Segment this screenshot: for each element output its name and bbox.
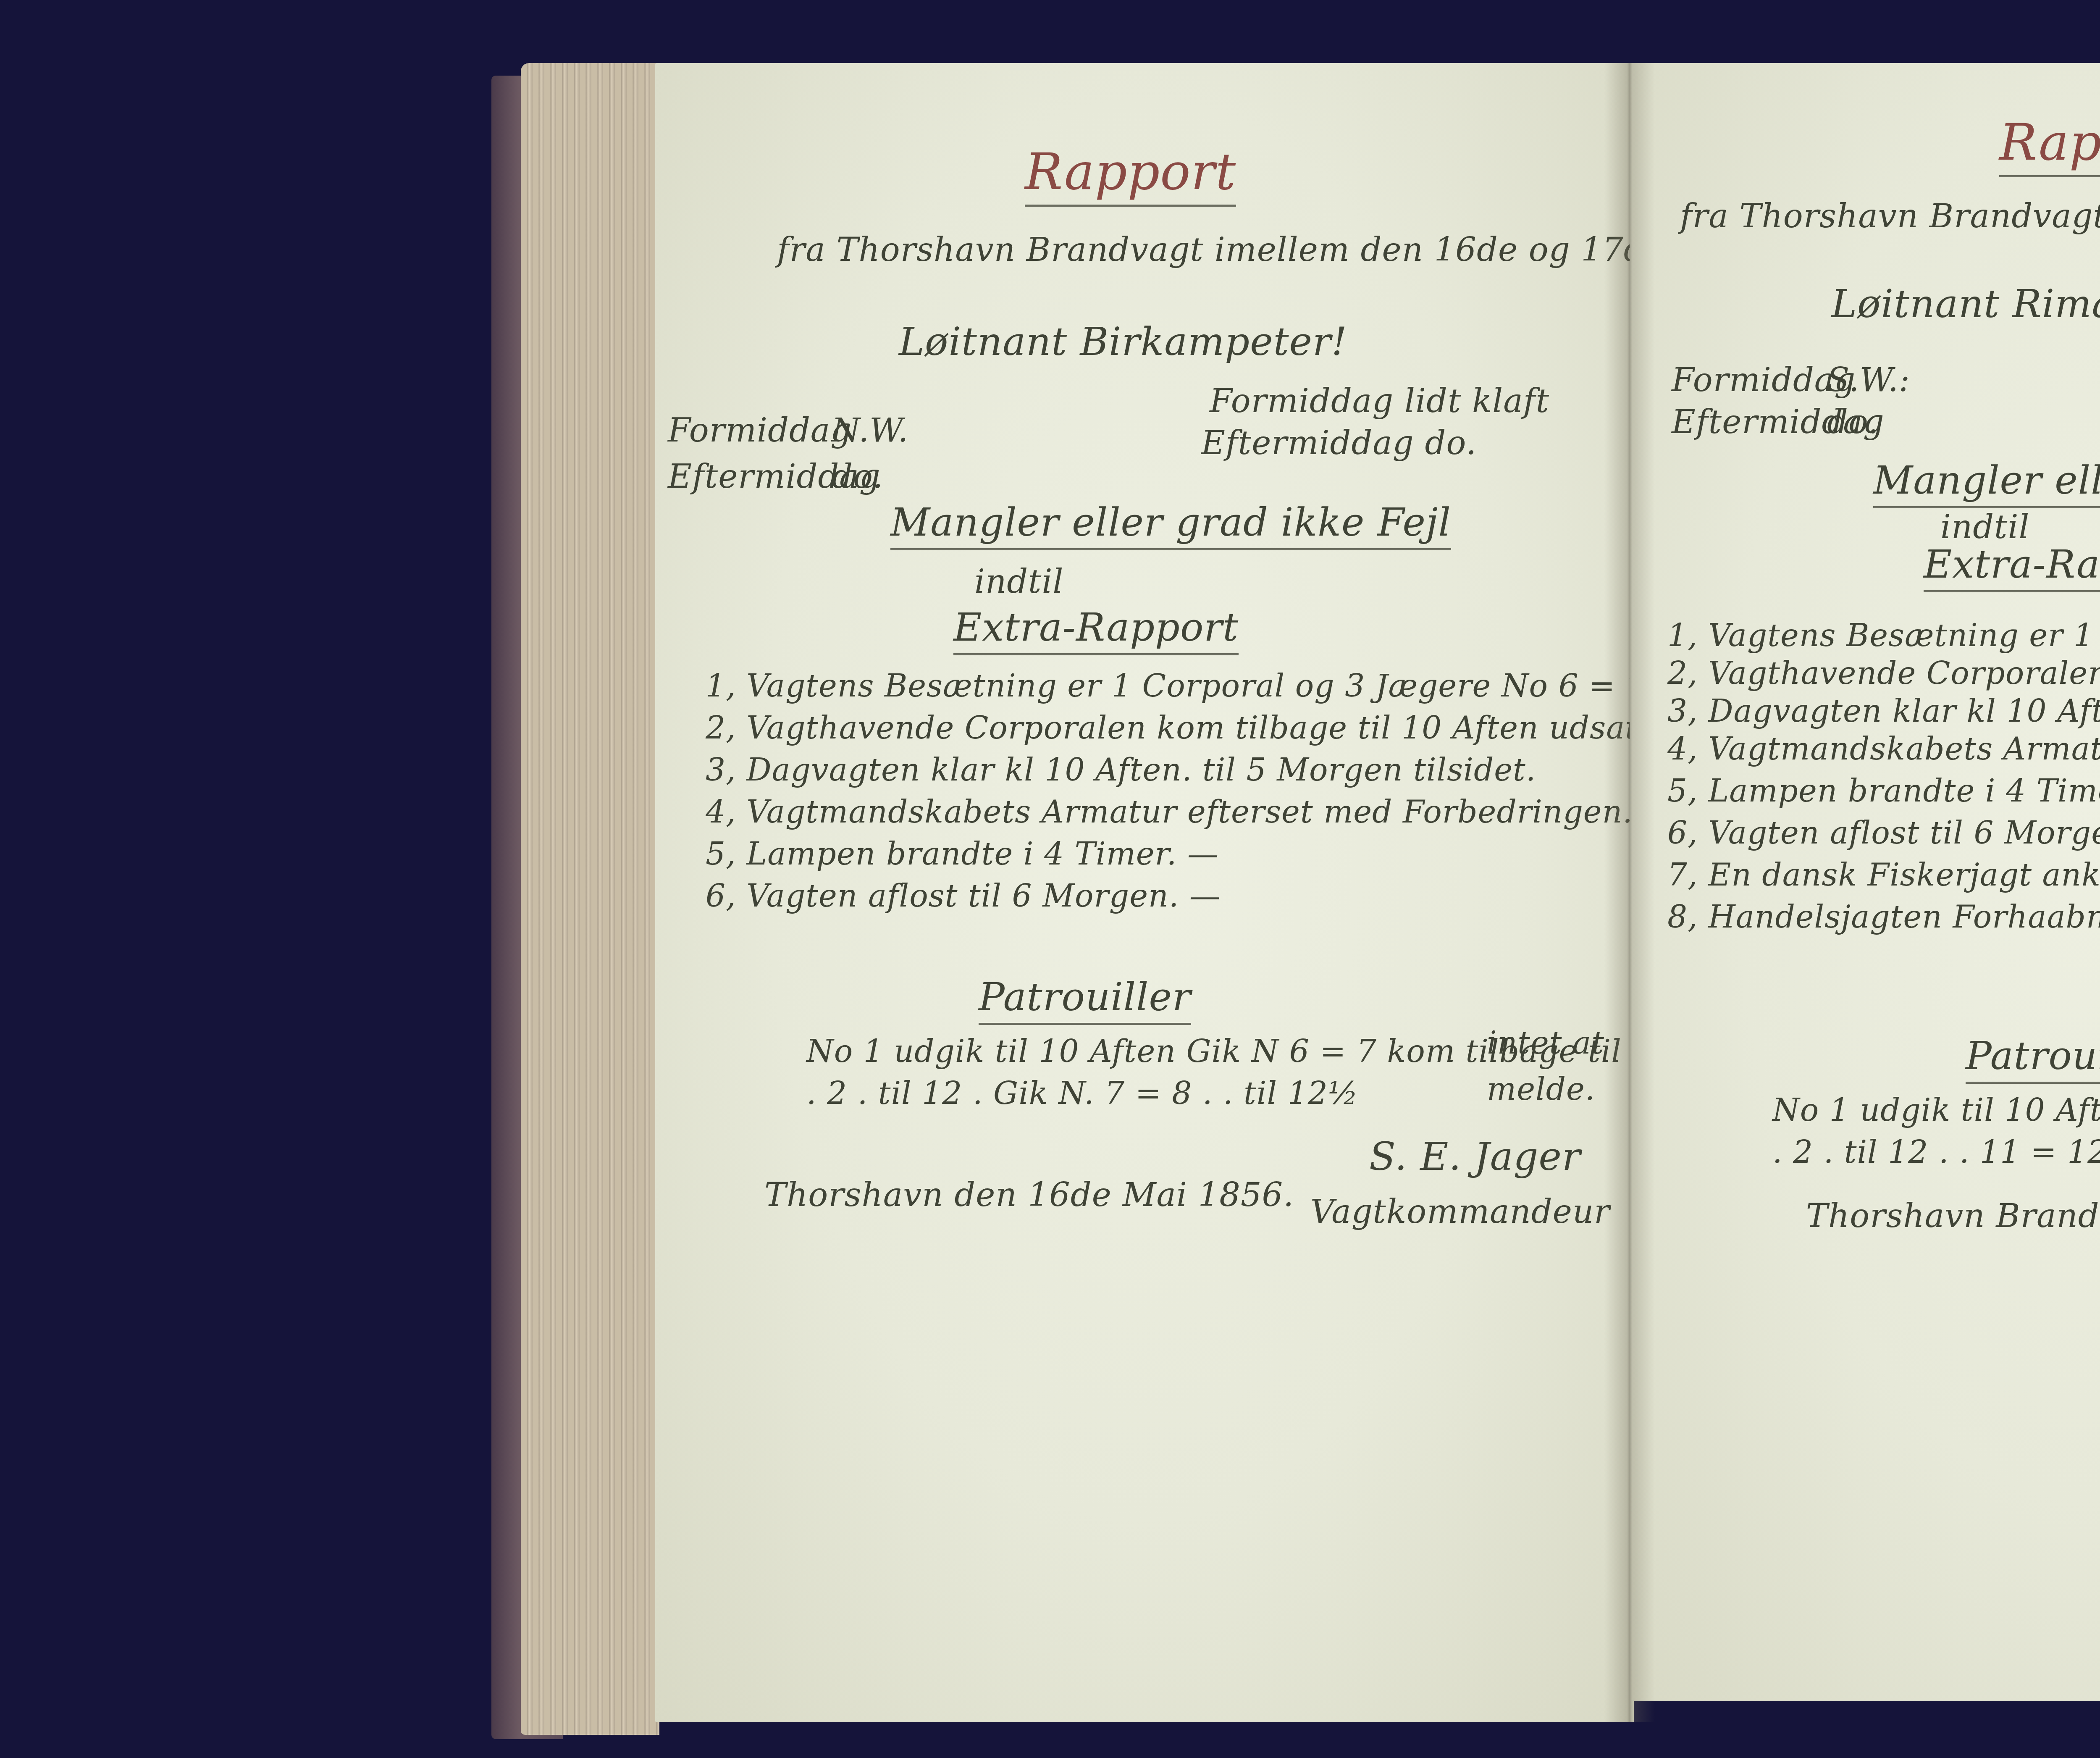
right-item-1: 1, Vagtens Besætning er 1 Corporal og 3 … — [1667, 618, 2100, 654]
right-item-7: 7, En dansk Fiskerjagt ankrede til 9½ sl… — [1667, 857, 2100, 893]
left-patrol-2: . 2 . til 12 . Gik N. 7 = 8 . . til 12½ — [806, 1075, 1359, 1112]
right-item-2: 2, Vagthavende Corporalen kom tilbage ti… — [1667, 655, 2100, 691]
left-page-title: Rapport — [1025, 143, 1236, 207]
left-patrol-title: Patrouiller — [979, 975, 1191, 1025]
left-weather-right-pm: Eftermiddag do. — [1201, 424, 1477, 462]
right-patrol-2: . 2 . til 12 . . 11 = 12 . . til 12½ . — [1772, 1134, 2100, 1170]
left-weather-right-am: Formiddag lidt klaft — [1210, 382, 1549, 420]
right-item-8: 8, Handelsjagten Forhaabning ankrede til… — [1667, 899, 2100, 935]
right-notice: Mangler eller grad ikke Fejl. — [1873, 458, 2100, 508]
left-weather-am-value: N.W. — [832, 412, 908, 449]
left-weather-am-label: Formiddag — [668, 412, 852, 449]
right-patrol-title: Patrouiller — [1966, 1033, 2100, 1084]
left-page: Rapport fra Thorshavn Brandvagt imellem … — [655, 63, 1634, 1722]
left-signature-title: Vagtkommandeur — [1310, 1193, 1610, 1231]
right-item-4: 4, Vagtmandskabets Armatur, efterset med… — [1667, 731, 2100, 767]
left-patrol-2-note: melde. — [1487, 1071, 1595, 1107]
right-item-3: 3, Dagvagten klar kl 10 Aften. tilsidet … — [1667, 693, 2100, 729]
label: Formiddag — [1210, 382, 1394, 420]
left-watch-name: Løitnant Birkampeter! — [899, 319, 1347, 364]
right-closing-date: Thorshavn Brandvagt den 17de Mai 1856 — [1806, 1197, 2100, 1235]
left-section-title: Extra-Rapport — [953, 605, 1239, 655]
right-weather-am-value: S.W.: — [1827, 361, 1910, 399]
left-item-5: 5, Lampen brandte i 4 Timer. — — [706, 836, 1219, 872]
left-patrol-1-note: intet at — [1487, 1025, 1604, 1061]
left-notice: Mangler eller grad ikke Fejl — [890, 500, 1451, 550]
left-weather-pm-value: do. — [832, 458, 883, 496]
left-item-3: 3, Dagvagten klar kl 10 Aften. til 5 Mor… — [706, 752, 1536, 788]
left-item-1: 1, Vagtens Besætning er 1 Corporal og 3 … — [706, 668, 1750, 704]
right-watch-name: Løitnant Rimann! — [1831, 281, 2100, 326]
book-gutter — [1604, 63, 1655, 1722]
right-page-title: Rapport — [1999, 113, 2100, 177]
right-patrol-1: No 1 udgik til 10 Aften Gik 10 = 11 kom … — [1772, 1092, 2100, 1128]
left-notice-sub: indtil — [974, 563, 1063, 601]
right-notice-sub: indtil — [1940, 508, 2029, 546]
label: Eftermiddag — [1201, 424, 1414, 462]
left-item-6: 6, Vagten aflost til 6 Morgen. — — [706, 878, 1221, 914]
value: do. — [1425, 424, 1477, 462]
left-item-4: 4, Vagtmandskabets Armatur efterset med … — [706, 794, 1675, 830]
value: lidt klaft — [1404, 382, 1549, 420]
right-page-subtitle: fra Thorshavn Brandvagt imellem den 17de… — [1680, 197, 2100, 235]
right-page: Rapport fra Thorshavn Brandvagt imellem … — [1630, 63, 2100, 1701]
left-closing-date: Thorshavn den 16de Mai 1856. — [764, 1176, 1294, 1214]
right-item-6: 6, Vagten aflost til 6 Morgen. — — [1667, 815, 2100, 851]
right-section-title: Extra-Rapport. — [1924, 542, 2100, 592]
left-signature: S. E. Jager — [1369, 1134, 1581, 1179]
right-item-5: 5, Lampen brandte i 4 Timer. — — [1667, 773, 2100, 809]
page-edges-left — [521, 63, 659, 1735]
right-weather-pm-value: do. — [1827, 403, 1879, 441]
